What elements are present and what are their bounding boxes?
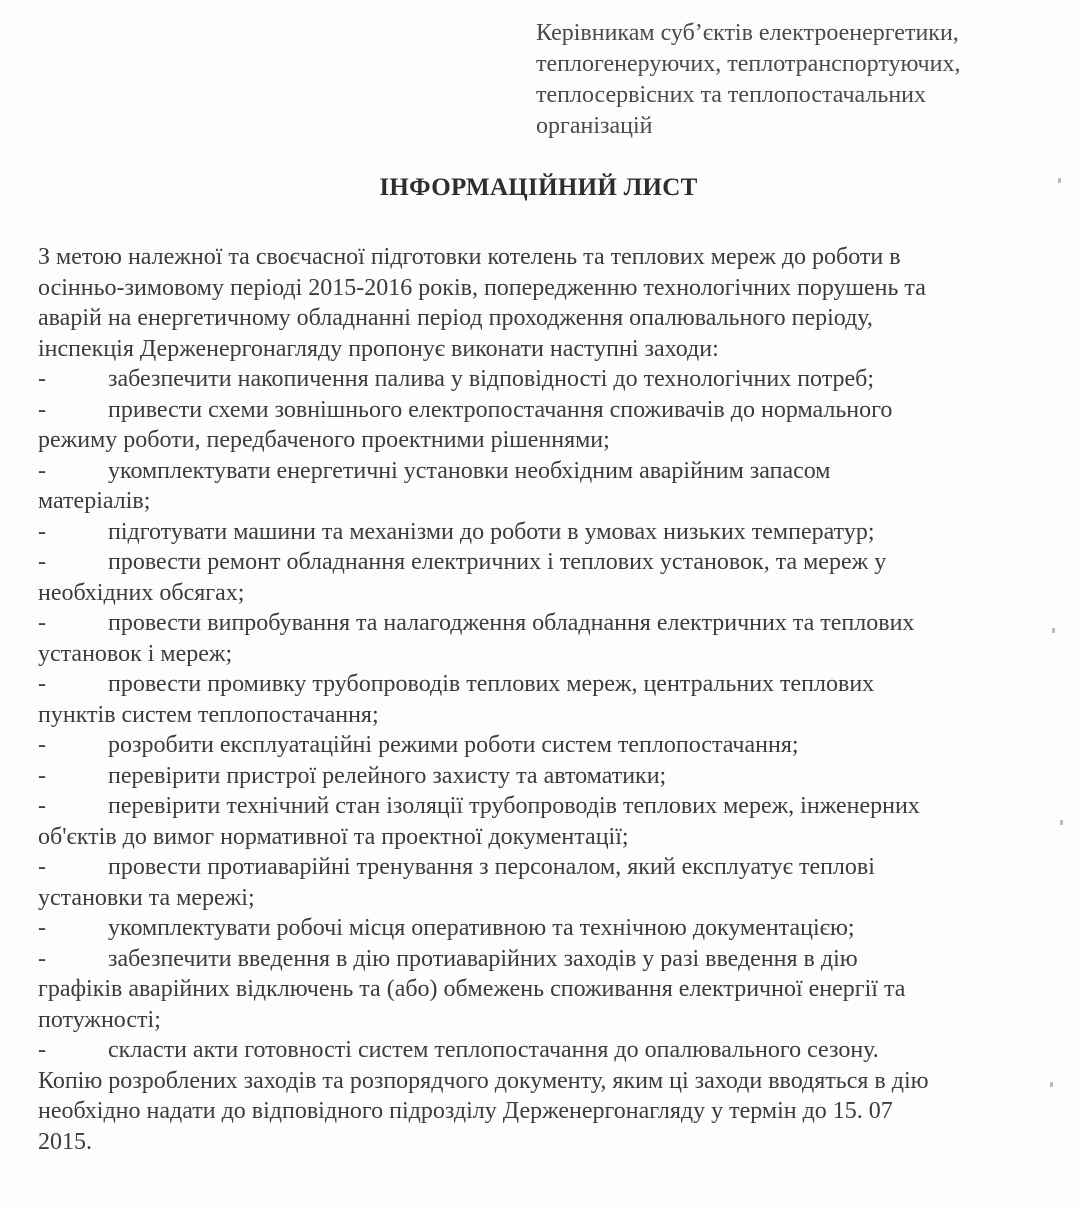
bullet-dash: - [38,944,108,975]
intro-line: аварій на енергетичному обладнанні періо… [38,303,1068,334]
intro-line: інспекція Держенергонагляду пропонує вик… [38,334,1068,365]
closing-paragraph: Копію розроблених заходів та розпорядчог… [38,1066,1068,1158]
addressee-line: організацій [536,111,1056,142]
list-item: -скласти акти готовності систем теплопос… [38,1035,1068,1066]
addressee-line: теплогенеруючих, теплотранспортуючих, [536,49,1056,80]
list-item-text: розробити експлуатаційні режими роботи с… [108,732,799,758]
list-item-text: укомплектувати енергетичні установки нео… [108,458,831,484]
closing-line: необхідно надати до відповідного підрозд… [38,1096,1068,1127]
bullet-dash: - [38,547,108,578]
list-item-continuation: установок і мереж; [38,639,1068,670]
list-item: -укомплектувати енергетичні установки не… [38,456,1068,517]
bullet-dash: - [38,852,108,883]
list-item-continuation: об'єктів до вимог нормативної та проектн… [38,822,1068,853]
list-item-text: підготувати машини та механізми до робот… [108,519,875,545]
list-item-continuation: необхідних обсягах; [38,578,1068,609]
document-body: З метою належної та своєчасної підготовк… [38,242,1068,1157]
bullet-dash: - [38,913,108,944]
list-item-text: провести протиаварійні тренування з перс… [108,854,875,880]
bullet-dash: - [38,364,108,395]
list-item: -провести промивку трубопроводів теплови… [38,669,1068,730]
list-item-text: провести промивку трубопроводів теплових… [108,671,874,697]
addressee-block: Керівникам суб’єктів електроенергетики, … [536,18,1056,142]
bullet-dash: - [38,730,108,761]
list-item: -провести випробування та налагодження о… [38,608,1068,669]
bullet-dash: - [38,761,108,792]
list-item-continuation: режиму роботи, передбаченого проектними … [38,425,1068,456]
list-item-continuation: графіків аварійних відключень та (або) о… [38,974,1068,1005]
bullet-dash: - [38,395,108,426]
list-item-text: провести випробування та налагодження об… [108,610,914,636]
scan-speck [1060,820,1063,825]
scan-speck [1058,178,1061,183]
list-item-continuation: матеріалів; [38,486,1068,517]
list-item-text: провести ремонт обладнання електричних і… [108,549,886,575]
measures-list: -забезпечити накопичення палива у відпов… [38,364,1068,1066]
document-title: ІНФОРМАЦІЙНИЙ ЛИСТ [0,174,1077,202]
list-item: -провести ремонт обладнання електричних … [38,547,1068,608]
list-item-text: скласти акти готовності систем теплопост… [108,1037,879,1063]
bullet-dash: - [38,1035,108,1066]
bullet-dash: - [38,608,108,639]
list-item-text: привести схеми зовнішнього електропостач… [108,397,892,423]
bullet-dash: - [38,669,108,700]
list-item: -забезпечити введення в дію протиаварійн… [38,944,1068,1036]
list-item: -розробити експлуатаційні режими роботи … [38,730,1068,761]
list-item: -перевірити пристрої релейного захисту т… [38,761,1068,792]
scan-speck [1052,628,1055,633]
scan-speck [1050,1082,1053,1087]
document-page: Керівникам суб’єктів електроенергетики, … [0,0,1077,1208]
list-item-text: перевірити технічний стан ізоляції трубо… [108,793,920,819]
bullet-dash: - [38,517,108,548]
list-item-continuation: пунктів систем теплопостачання; [38,700,1068,731]
list-item: -забезпечити накопичення палива у відпов… [38,364,1068,395]
list-item-text: забезпечити накопичення палива у відпові… [108,366,874,392]
list-item-continuation: установки та мережі; [38,883,1068,914]
closing-line: Копію розроблених заходів та розпорядчог… [38,1066,1068,1097]
list-item: -перевірити технічний стан ізоляції труб… [38,791,1068,852]
addressee-line: теплосервісних та теплопостачальних [536,80,1056,111]
list-item: -укомплектувати робочі місця оперативною… [38,913,1068,944]
list-item: -провести протиаварійні тренування з пер… [38,852,1068,913]
list-item: -підготувати машини та механізми до робо… [38,517,1068,548]
addressee-line: Керівникам суб’єктів електроенергетики, [536,18,1056,49]
intro-line: З метою належної та своєчасної підготовк… [38,242,1068,273]
list-item-text: перевірити пристрої релейного захисту та… [108,763,666,789]
list-item-continuation: потужності; [38,1005,1068,1036]
list-item-text: укомплектувати робочі місця оперативною … [108,915,855,941]
list-item-text: забезпечити введення в дію протиаварійни… [108,946,858,972]
bullet-dash: - [38,456,108,487]
closing-line: 2015. [38,1127,1068,1158]
bullet-dash: - [38,791,108,822]
list-item: -привести схеми зовнішнього електропоста… [38,395,1068,456]
intro-line: осінньо-зимовому періоді 2015-2016 років… [38,273,1068,304]
